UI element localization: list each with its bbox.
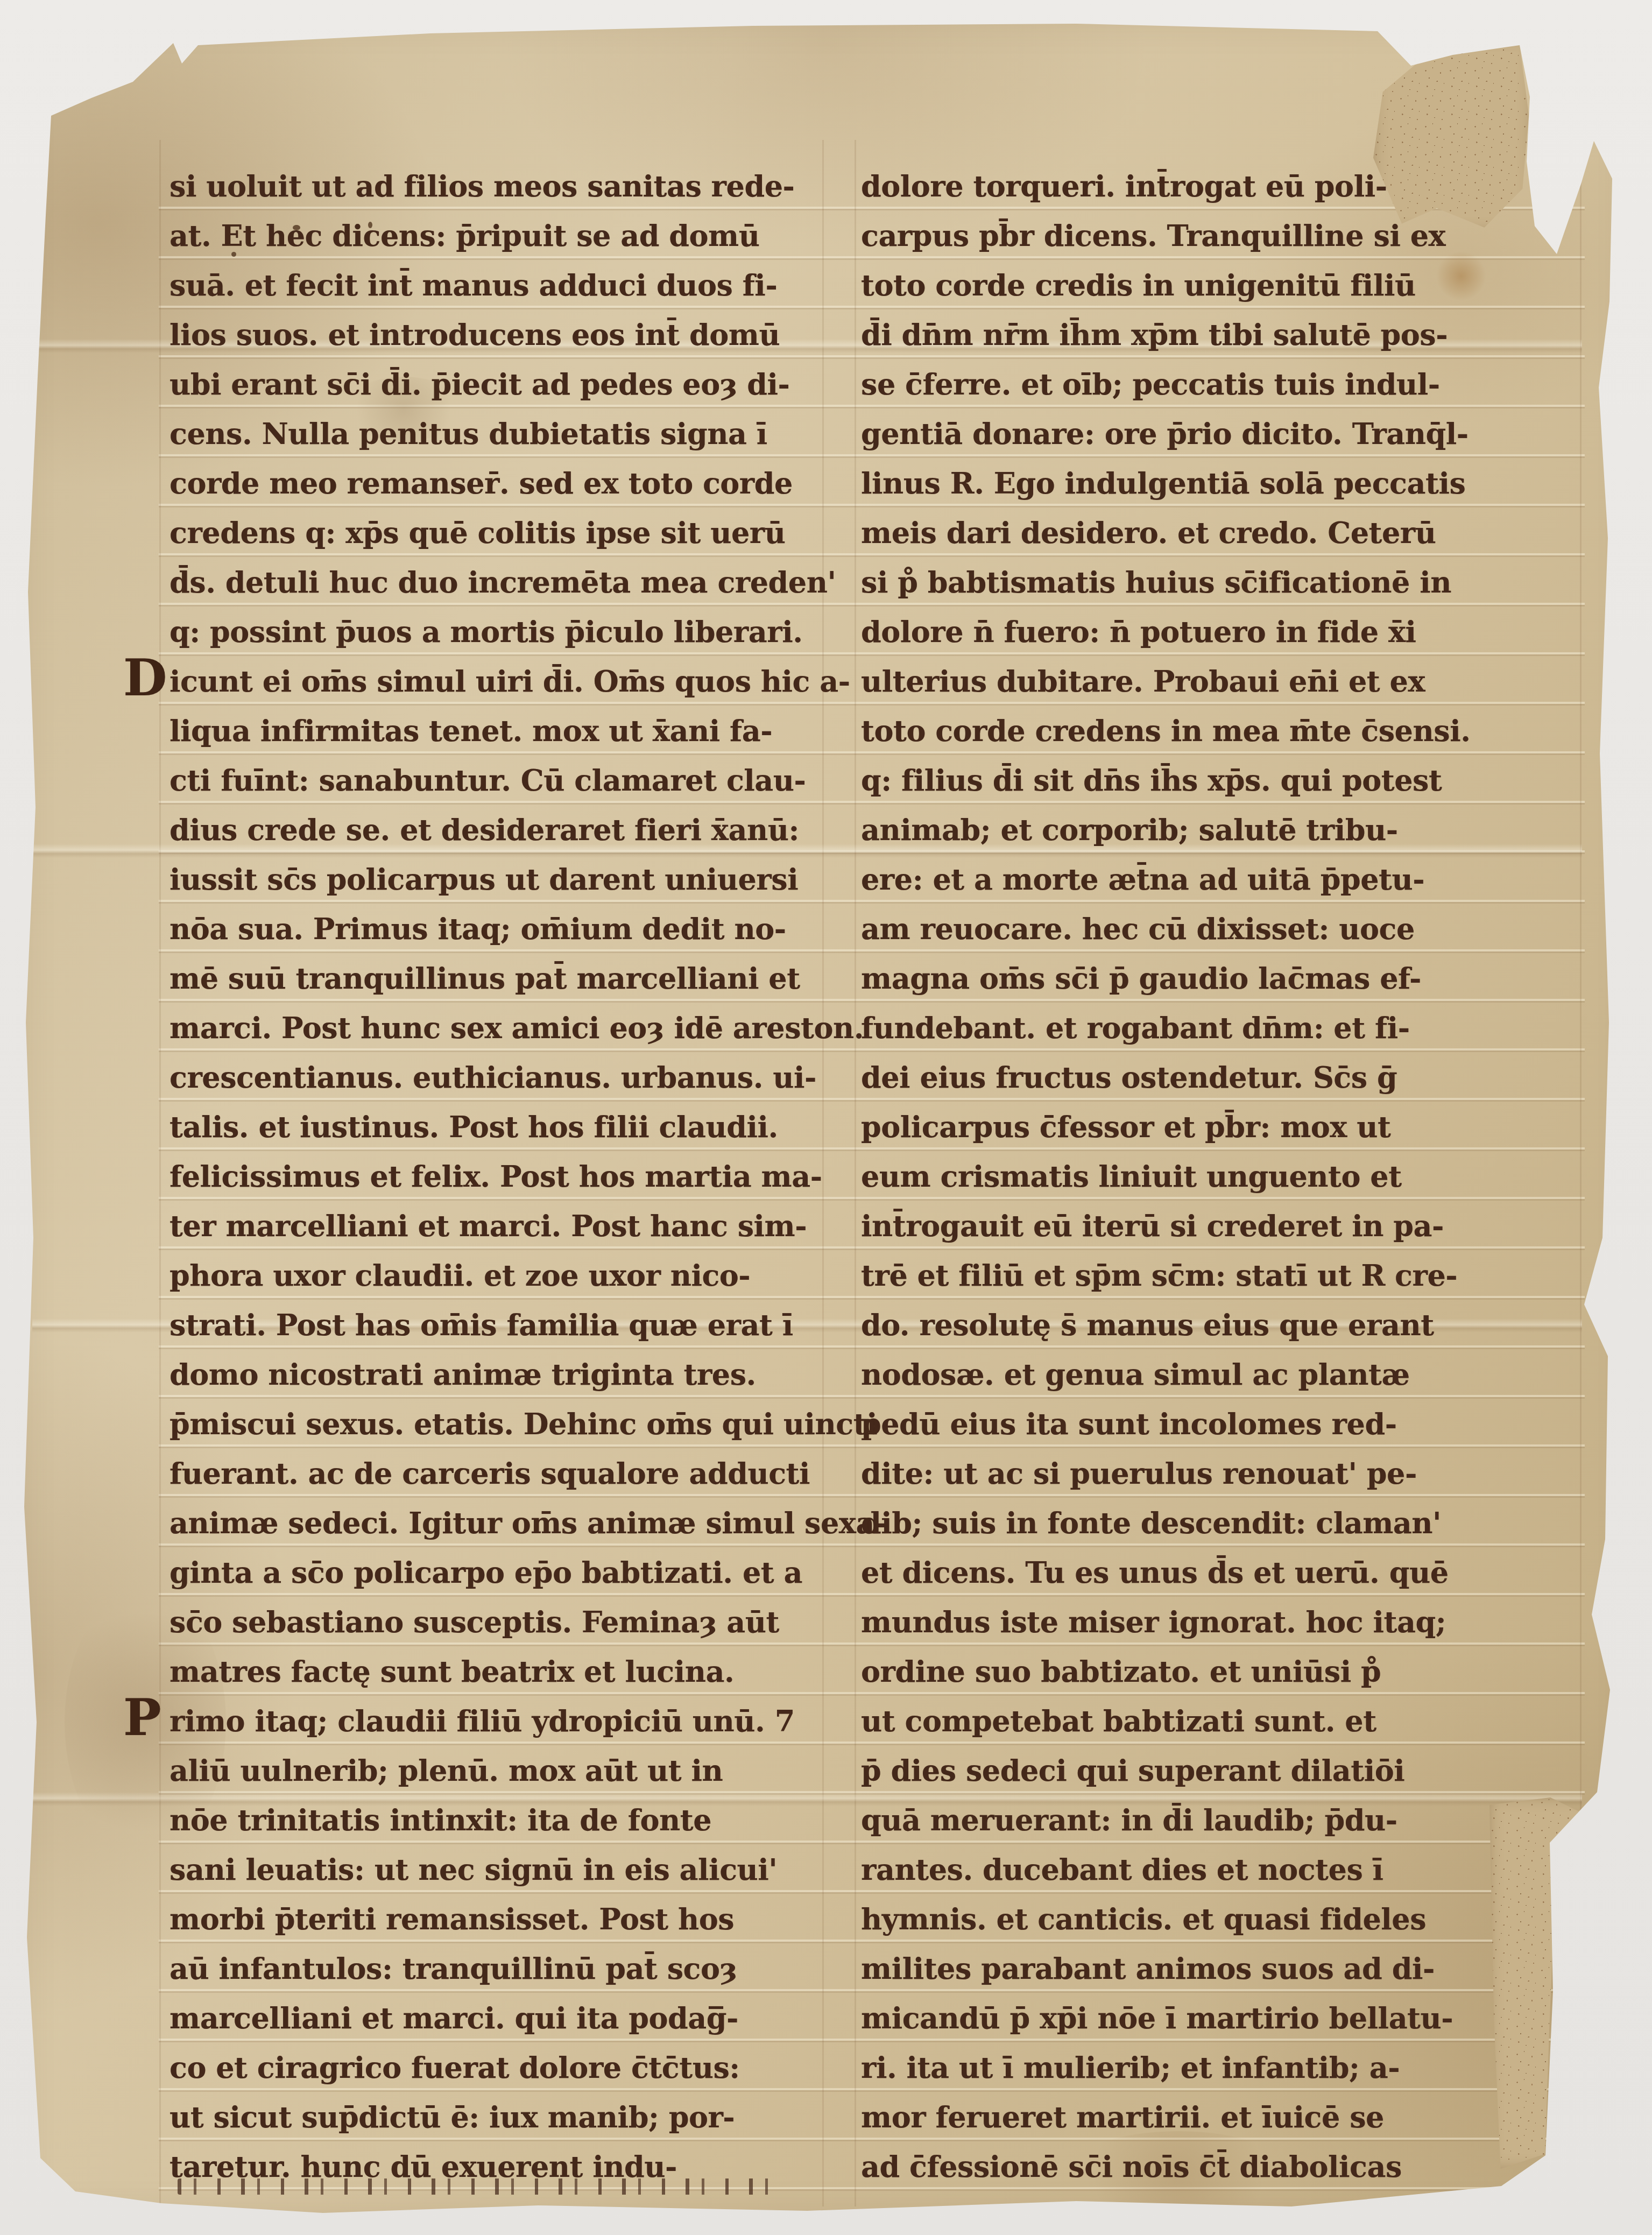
line-text: milites parabant animos suos ad di- <box>861 1951 1435 1986</box>
manuscript-text-line: mundus iste miser ignorat. hoc itaq; <box>861 1597 1571 1647</box>
manuscript-text-line: mor ferueret martirii. et īuicē se <box>861 2092 1571 2142</box>
line-text: iussit sc̄s policarpus ut darent uniuers… <box>170 862 798 897</box>
manuscript-text-line: animab; et corporib; salutē tribu- <box>861 805 1571 855</box>
line-text: d̄s. detuli huc duo incremēta mea creden… <box>170 565 836 600</box>
manuscript-text-line: dei eius fructus ostendetur. Sc̄s ḡ <box>861 1053 1571 1102</box>
manuscript-text-line: cens. Nulla penitus dubietatis signa ī <box>170 409 821 459</box>
manuscript-text-line: Primo itaq; claudii filiū ydropiciū unū.… <box>170 1696 821 1746</box>
line-text: felicissimus et felix. Post hos martia m… <box>170 1159 822 1194</box>
manuscript-text-line: carpus pb̄r dicens. Tranquilline si ex <box>861 211 1571 260</box>
parchment-leaf: si uoluit ut ad filios meos sanitas rede… <box>0 0 1652 2235</box>
manuscript-text-line: meis dari desidero. et credo. Ceterū <box>861 508 1571 558</box>
line-text: phora uxor claudii. et zoe uxor nico- <box>170 1258 750 1293</box>
line-text: dite: ut ac si puerulus renouat' pe- <box>861 1456 1417 1491</box>
manuscript-text-line: am reuocare. hec cū dixisset: uoce <box>861 904 1571 954</box>
line-text: icunt ei om̄s simul uiri d̄i. Om̄s quos … <box>170 664 850 699</box>
manuscript-text-line: aliū uulnerib; plenū. mox aūt ut in <box>170 1746 821 1795</box>
manuscript-text-line: ubi erant sc̄i d̄i. p̄iecit ad pedes eoȝ… <box>170 359 821 409</box>
manuscript-text-line: felicissimus et felix. Post hos martia m… <box>170 1152 821 1201</box>
vertical-ruling-line <box>855 140 856 2206</box>
manuscript-text-line: sani leuatis: ut nec signū in eis alicui… <box>170 1845 821 1894</box>
manuscript-text-line: liqua infirmitas tenet. mox ut x̄ani fa- <box>170 706 821 756</box>
line-text: corde meo remanser̄. sed ex toto corde <box>170 466 793 500</box>
manuscript-text-line: int̄rogauit eū iterū si crederet in pa- <box>861 1201 1571 1251</box>
manuscript-text-line: ad c̄fessionē sc̄i noīs c̄t̄ diabolicas <box>861 2142 1571 2191</box>
manuscript-text-line: morbi p̄teriti remansisset. Post hos <box>170 1894 821 1944</box>
line-text: dei eius fructus ostendetur. Sc̄s ḡ <box>861 1060 1397 1095</box>
line-text: strati. Post has om̄is familia quæ erat … <box>170 1308 793 1342</box>
manuscript-text-line: sc̄o sebastiano susceptis. Feminaȝ aūt <box>170 1597 821 1647</box>
line-text: carpus pb̄r dicens. Tranquilline si ex <box>861 218 1445 253</box>
manuscript-text-line: suā. et fecit int̄ manus adduci duos fi- <box>170 260 821 310</box>
manuscript-text-line: ter marcelliani et marci. Post hanc sim- <box>170 1201 821 1251</box>
manuscript-text-line: toto corde credis in unigenitū filiū <box>861 260 1571 310</box>
manuscript-text-line: ulterius dubitare. Probaui en̄i et ex <box>861 657 1571 706</box>
line-text: p̄ dies sedeci qui superant dilatiōi <box>861 1753 1404 1788</box>
line-text: dius crede se. et desideraret fieri x̄an… <box>170 813 799 847</box>
manuscript-text-line: iussit sc̄s policarpus ut darent uniuers… <box>170 855 821 904</box>
manuscript-text-line: quā meruerant: in d̄i laudib; p̄du- <box>861 1795 1571 1845</box>
manuscript-text-line: ordine suo babtizato. et uniūsi p̊ <box>861 1647 1571 1696</box>
manuscript-text-line: toto corde credens in mea m̄te c̄sensi. <box>861 706 1571 756</box>
manuscript-text-line: dite: ut ac si puerulus renouat' pe- <box>861 1449 1571 1498</box>
line-text: domo nicostrati animæ triginta tres. <box>170 1357 756 1392</box>
manuscript-text-line: fuerant. ac de carceris squalore adducti <box>170 1449 821 1498</box>
line-text: suā. et fecit int̄ manus adduci duos fi- <box>170 268 777 302</box>
line-text: quā meruerant: in d̄i laudib; p̄du- <box>861 1803 1397 1837</box>
line-text: aliū uulnerib; plenū. mox aūt ut in <box>170 1753 723 1788</box>
line-text: ordine suo babtizato. et uniūsi p̊ <box>861 1654 1381 1689</box>
manuscript-text-line: milites parabant animos suos ad di- <box>861 1944 1571 1993</box>
line-text: sc̄o sebastiano susceptis. Feminaȝ aūt <box>170 1605 779 1639</box>
manuscript-text-line: ginta a sc̄o policarpo ep̄o babtizati. e… <box>170 1548 821 1597</box>
line-text: toto corde credens in mea m̄te c̄sensi. <box>861 714 1470 748</box>
line-text: ut sicut sup̄dictū ē: iux manib; por- <box>170 2100 735 2134</box>
line-text: linus R. Ego indulgentiā solā peccatis <box>861 466 1465 500</box>
line-text: mor ferueret martirii. et īuicē se <box>861 2100 1384 2134</box>
initial-letter: P <box>123 1693 161 1743</box>
line-text: co et ciragrico fuerat dolore c̄tc̄tus: <box>170 2050 740 2085</box>
line-text: aū infantulos: tranquillinū pat̄ scoȝ <box>170 1951 737 1986</box>
manuscript-text-line: matres factę sunt beatrix et lucina. <box>170 1647 821 1696</box>
manuscript-text-line: nodosæ. et genua simul ac plantæ <box>861 1350 1571 1399</box>
line-text: dolore n̄ fuero: n̄ potuero in fide x̄i <box>861 615 1416 649</box>
text-column-right: dolore torqueri. int̄rogat eū poli-carpu… <box>861 161 1571 2191</box>
line-text: ad c̄fessionē sc̄i noīs c̄t̄ diabolicas <box>861 2149 1402 2184</box>
line-text: liqua infirmitas tenet. mox ut x̄ani fa- <box>170 714 772 748</box>
truncated-bottom-line <box>178 2178 780 2195</box>
line-text: fundebant. et rogabant dn̄m: et fi- <box>861 1011 1410 1045</box>
line-text: magna om̄s sc̄i p̄ gaudio lac̄mas ef- <box>861 961 1421 996</box>
line-text: animæ sedeci. Igitur om̄s animæ simul se… <box>170 1506 886 1540</box>
line-text: int̄rogauit eū iterū si crederet in pa- <box>861 1209 1444 1243</box>
manuscript-text-line: fundebant. et rogabant dn̄m: et fi- <box>861 1003 1571 1053</box>
manuscript-text-line: nōe trinitatis intinxit: ita de fonte <box>170 1795 821 1845</box>
manuscript-text-line: Dicunt ei om̄s simul uiri d̄i. Om̄s quos… <box>170 657 821 706</box>
vertical-ruling-line <box>159 140 161 2206</box>
manuscript-text-line: cti fuīnt: sanabuntur. Cū clamaret clau- <box>170 756 821 805</box>
manuscript-text-line: aū infantulos: tranquillinū pat̄ scoȝ <box>170 1944 821 1993</box>
line-text: fuerant. ac de carceris squalore adducti <box>170 1456 810 1491</box>
manuscript-text-line: ut competebat babtizati sunt. et <box>861 1696 1571 1746</box>
line-text: animab; et corporib; salutē tribu- <box>861 813 1398 847</box>
line-text: meis dari desidero. et credo. Ceterū <box>861 516 1436 550</box>
line-text: rantes. ducebant dies et noctes ī <box>861 1852 1383 1887</box>
manuscript-text-line: marcelliani et marci. qui ita podag̅- <box>170 1993 821 2043</box>
line-text: gentiā donare: ore p̄rio dicito. Tranq̄l… <box>861 417 1469 451</box>
text-column-left: si uoluit ut ad filios meos sanitas rede… <box>170 161 821 2191</box>
manuscript-text-line: phora uxor claudii. et zoe uxor nico- <box>170 1251 821 1300</box>
vertical-ruling-line <box>822 140 824 2206</box>
line-text: trē et filiū et sp̄m sc̄m: statī ut R cr… <box>861 1258 1457 1293</box>
manuscript-text-line: ri. ita ut ī mulierib; et infantib; a- <box>861 2043 1571 2092</box>
line-text: dolore torqueri. int̄rogat eū poli- <box>861 169 1387 203</box>
line-text: crescentianus. euthicianus. urbanus. ui- <box>170 1060 816 1095</box>
manuscript-text-line: strati. Post has om̄is familia quæ erat … <box>170 1300 821 1350</box>
manuscript-text-line: ut sicut sup̄dictū ē: iux manib; por- <box>170 2092 821 2142</box>
scanned-manuscript-page: { "page": { "kind": "Medieval parchment … <box>0 0 1652 2235</box>
line-text: ut competebat babtizati sunt. et <box>861 1704 1376 1738</box>
line-text: rimo itaq; claudii filiū ydropiciū unū. … <box>170 1704 795 1738</box>
line-text: nōa sua. Primus itaq; om̄ium dedit no- <box>170 912 786 946</box>
manuscript-text-line: crescentianus. euthicianus. urbanus. ui- <box>170 1053 821 1102</box>
line-text: toto corde credis in unigenitū filiū <box>861 268 1416 302</box>
line-text: ubi erant sc̄i d̄i. p̄iecit ad pedes eoȝ… <box>170 367 790 401</box>
manuscript-text-line: magna om̄s sc̄i p̄ gaudio lac̄mas ef- <box>861 954 1571 1003</box>
manuscript-text-line: dolore n̄ fuero: n̄ potuero in fide x̄i <box>861 607 1571 657</box>
line-text: cens. Nulla penitus dubietatis signa ī <box>170 417 767 451</box>
line-text: mundus iste miser ignorat. hoc itaq; <box>861 1605 1446 1639</box>
line-text: mē suū tranquillinus pat̄ marcelliani et <box>170 961 800 996</box>
line-text: si uoluit ut ad filios meos sanitas rede… <box>170 169 794 203</box>
line-text: ginta a sc̄o policarpo ep̄o babtizati. e… <box>170 1555 802 1590</box>
manuscript-text-line: micandū p̄ xp̄i nōe ī martirio bellatu- <box>861 1993 1571 2043</box>
manuscript-text-line: gentiā donare: ore p̄rio dicito. Tranq̄l… <box>861 409 1571 459</box>
manuscript-text-line: si uoluit ut ad filios meos sanitas rede… <box>170 161 821 211</box>
line-text: nodosæ. et genua simul ac plantæ <box>861 1357 1410 1392</box>
manuscript-text-line: dib; suis in fonte descendit: claman' <box>861 1498 1571 1548</box>
line-text: morbi p̄teriti remansisset. Post hos <box>170 1902 734 1936</box>
manuscript-text-line: trē et filiū et sp̄m sc̄m: statī ut R cr… <box>861 1251 1571 1300</box>
line-text: p̄miscui sexus. etatis. Dehinc om̄s qui … <box>170 1407 877 1441</box>
line-text: pedū eius ita sunt incolomes red- <box>861 1407 1397 1441</box>
manuscript-text-line: marci. Post hunc sex amici eoȝ idē arest… <box>170 1003 821 1053</box>
line-text: marci. Post hunc sex amici eoȝ idē arest… <box>170 1011 864 1045</box>
manuscript-text-line: et dicens. Tu es unus d̄s et uerū. quē <box>861 1548 1571 1597</box>
initial-letter: D <box>123 653 167 703</box>
manuscript-text-line: do. resolutę s̄ manus eius que erant <box>861 1300 1571 1350</box>
line-text: ter marcelliani et marci. Post hanc sim- <box>170 1209 807 1243</box>
manuscript-text-line: domo nicostrati animæ triginta tres. <box>170 1350 821 1399</box>
line-text: ulterius dubitare. Probaui en̄i et ex <box>861 664 1425 699</box>
manuscript-text-line: q: filius d̄i sit dn̄s ih̄s xp̄s. qui po… <box>861 756 1571 805</box>
line-text: credens q: xp̄s quē colitis ipse sit uer… <box>170 516 785 550</box>
manuscript-text-line: talis. et iustinus. Post hos filii claud… <box>170 1102 821 1152</box>
line-text: at. Et hec dicens: p̄ripuit se ad domū <box>170 218 759 253</box>
manuscript-text-line: dius crede se. et desideraret fieri x̄an… <box>170 805 821 855</box>
line-text: eum crismatis liniuit unguento et <box>861 1159 1402 1194</box>
line-text: matres factę sunt beatrix et lucina. <box>170 1654 734 1689</box>
manuscript-text-line: ere: et a morte æt̄na ad uitā p̄petu- <box>861 855 1571 904</box>
manuscript-text-line: se c̄ferre. et oīb; peccatis tuis indul- <box>861 359 1571 409</box>
line-text: si p̊ babtismatis huius sc̄ificationē in <box>861 565 1451 600</box>
line-text: q: filius d̄i sit dn̄s ih̄s xp̄s. qui po… <box>861 763 1442 798</box>
manuscript-text-line: nōa sua. Primus itaq; om̄ium dedit no- <box>170 904 821 954</box>
line-text: cti fuīnt: sanabuntur. Cū clamaret clau- <box>170 763 806 798</box>
manuscript-text-line: si p̊ babtismatis huius sc̄ificationē in <box>861 558 1571 607</box>
line-text: ere: et a morte æt̄na ad uitā p̄petu- <box>861 862 1424 897</box>
manuscript-text-line: d̄s. detuli huc duo incremēta mea creden… <box>170 558 821 607</box>
line-text: policarpus c̄fessor et pb̄r: mox ut <box>861 1110 1391 1144</box>
manuscript-text-line: animæ sedeci. Igitur om̄s animæ simul se… <box>170 1498 821 1548</box>
manuscript-text-line: co et ciragrico fuerat dolore c̄tc̄tus: <box>170 2043 821 2092</box>
line-text: et dicens. Tu es unus d̄s et uerū. quē <box>861 1555 1449 1590</box>
manuscript-text-line: p̄miscui sexus. etatis. Dehinc om̄s qui … <box>170 1399 821 1449</box>
manuscript-text-line: mē suū tranquillinus pat̄ marcelliani et <box>170 954 821 1003</box>
manuscript-text-line: p̄ dies sedeci qui superant dilatiōi <box>861 1746 1571 1795</box>
line-text: sani leuatis: ut nec signū in eis alicui… <box>170 1852 777 1887</box>
manuscript-text-line: pedū eius ita sunt incolomes red- <box>861 1399 1571 1449</box>
manuscript-text-line: hymnis. et canticis. et quasi fideles <box>861 1894 1571 1944</box>
line-text: talis. et iustinus. Post hos filii claud… <box>170 1110 778 1144</box>
line-text: lios suos. et introducens eos int̄ domū <box>170 318 780 352</box>
line-text: hymnis. et canticis. et quasi fideles <box>861 1902 1426 1936</box>
line-text: ri. ita ut ī mulierib; et infantib; a- <box>861 2050 1400 2085</box>
manuscript-text-line: corde meo remanser̄. sed ex toto corde <box>170 459 821 508</box>
line-text: am reuocare. hec cū dixisset: uoce <box>861 912 1415 946</box>
manuscript-text-line: linus R. Ego indulgentiā solā peccatis <box>861 459 1571 508</box>
manuscript-text-line: d̄i dn̄m nr̄m ih̄m xp̄m tibi salutē pos- <box>861 310 1571 359</box>
manuscript-text-line: policarpus c̄fessor et pb̄r: mox ut <box>861 1102 1571 1152</box>
line-text: d̄i dn̄m nr̄m ih̄m xp̄m tibi salutē pos- <box>861 318 1448 352</box>
line-text: se c̄ferre. et oīb; peccatis tuis indul- <box>861 367 1440 401</box>
line-text: q: possint p̄uos a mortis p̄iculo libera… <box>170 615 802 649</box>
line-text: dib; suis in fonte descendit: claman' <box>861 1506 1441 1540</box>
manuscript-text-line: q: possint p̄uos a mortis p̄iculo libera… <box>170 607 821 657</box>
line-text: micandū p̄ xp̄i nōe ī martirio bellatu- <box>861 2001 1453 2035</box>
line-text: do. resolutę s̄ manus eius que erant <box>861 1308 1434 1342</box>
manuscript-text-line: rantes. ducebant dies et noctes ī <box>861 1845 1571 1894</box>
line-text: marcelliani et marci. qui ita podag̅- <box>170 2001 738 2035</box>
manuscript-text-line: dolore torqueri. int̄rogat eū poli- <box>861 161 1571 211</box>
manuscript-text-line: eum crismatis liniuit unguento et <box>861 1152 1571 1201</box>
manuscript-text-line: lios suos. et introducens eos int̄ domū <box>170 310 821 359</box>
manuscript-text-line: at. Et hec dicens: p̄ripuit se ad domū <box>170 211 821 260</box>
line-text: nōe trinitatis intinxit: ita de fonte <box>170 1803 711 1837</box>
vertical-ruling-line <box>1580 140 1582 2206</box>
manuscript-text-line: credens q: xp̄s quē colitis ipse sit uer… <box>170 508 821 558</box>
